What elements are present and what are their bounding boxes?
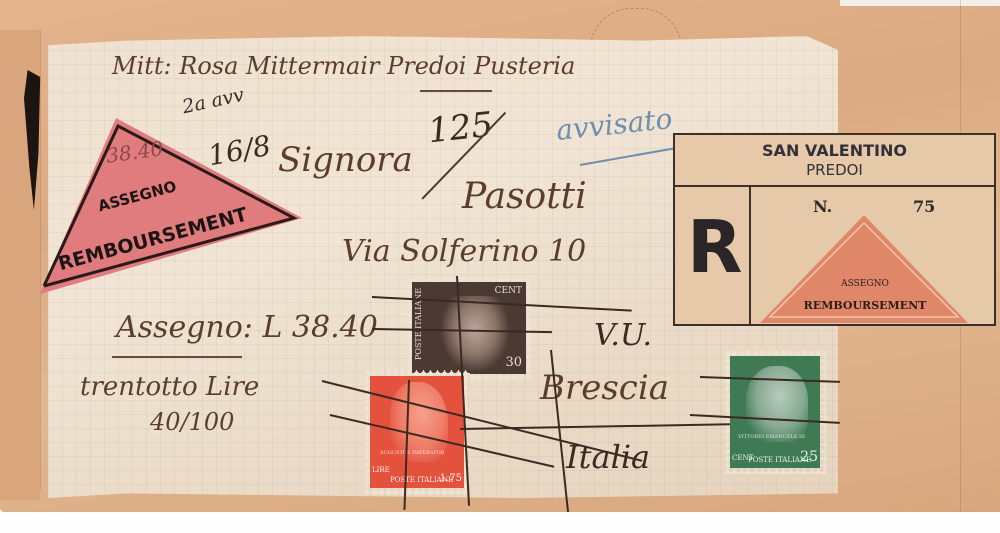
recipient-street: Via Solferino 10 <box>342 234 586 269</box>
triangle-label-shape <box>760 215 970 330</box>
cod-amount-words: trentotto Lire <box>80 372 259 402</box>
envelope: Mitt: Rosa Mittermair Predoi Pusteria 2a… <box>0 0 1000 512</box>
cod-label-orange: ASSEGNO REMBOURSEMENT <box>760 215 970 330</box>
stamp-currency: LIRE <box>372 466 390 474</box>
stamp-25-cent: VITTORIO EMANUELE III CENT POSTE ITALIAN… <box>724 350 826 474</box>
orange-label-line1: ASSEGNO <box>760 279 970 289</box>
stamp-value: 25 <box>800 449 818 465</box>
cod-label-pink: 38.40 ASSEGNO REMBOURSEMENT <box>36 118 302 294</box>
stamp-caption: AUGUSTUS IMPERATOR <box>380 450 444 456</box>
cod-amount-cents: 40/100 <box>150 408 234 436</box>
office-subname: PREDOI <box>675 161 994 179</box>
registration-label: SAN VALENTINO PREDOI R N. 75 ASSEGNO REM… <box>673 133 996 326</box>
stamp-1-75-lire: AUGUSTUS IMPERATOR LIRE POSTE ITALIANE 1… <box>364 370 470 494</box>
stamp-currency: CENT <box>495 286 522 296</box>
underline <box>420 90 492 92</box>
registration-number: 75 <box>913 197 935 216</box>
sender-line: Mitt: Rosa Mittermair Predoi Pusteria <box>112 52 575 80</box>
recipient-name: Pasotti <box>462 176 587 217</box>
underline <box>112 356 242 358</box>
background-edge <box>0 512 1000 533</box>
postal-note: V.U. <box>594 318 652 353</box>
stamp-value: 30 <box>505 355 522 370</box>
registry-number-note: 125 <box>426 105 495 152</box>
portrait <box>442 296 508 370</box>
stamp-caption: VITTORIO EMANUELE III <box>738 434 805 440</box>
recipient-city: Brescia <box>540 368 669 408</box>
stamp-design: AUGUSTUS IMPERATOR LIRE POSTE ITALIANE 1… <box>370 376 464 488</box>
orange-label-line2: REMBOURSEMENT <box>760 299 970 312</box>
cod-amount-label: Assegno: L 38.40 <box>116 310 378 345</box>
number-prefix: N. <box>813 197 832 216</box>
background-edge <box>840 0 1000 6</box>
office-name: SAN VALENTINO <box>675 141 994 160</box>
stamp-design: VITTORIO EMANUELE III CENT POSTE ITALIAN… <box>730 356 820 468</box>
office-row: SAN VALENTINO PREDOI <box>675 135 994 187</box>
stamp-value: 1.75 <box>440 473 462 484</box>
registered-letter: R <box>687 205 742 289</box>
